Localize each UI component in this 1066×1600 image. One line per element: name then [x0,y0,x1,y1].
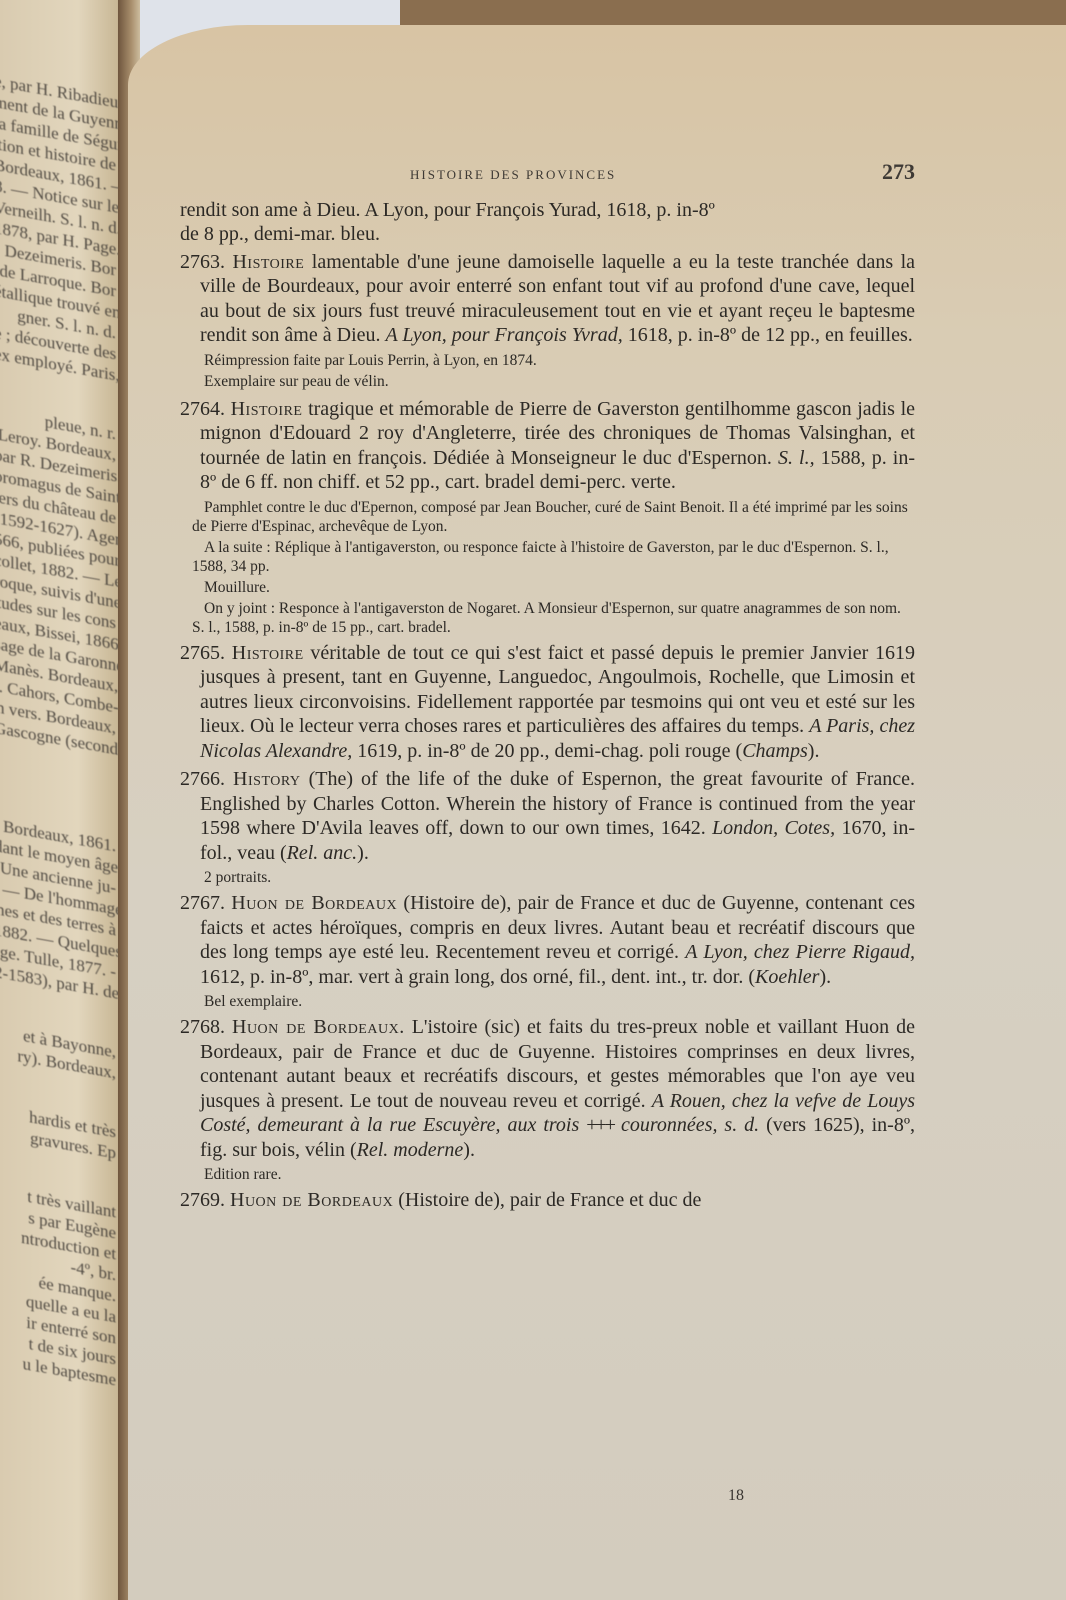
entry-note: On y joint : Responce à l'antigaverston … [180,599,915,637]
entry-2763: 2763. Histoire lamentable d'une jeune da… [180,250,915,348]
entry-note: Pamphlet contre le duc d'Epernon, compos… [180,498,915,536]
entry-binder: Rel. moderne [357,1139,464,1161]
running-head: HISTOIRE DES PROVINCES 273 [180,160,915,188]
entry-number: 2769. [180,1189,225,1211]
right-page: HISTOIRE DES PROVINCES 273 rendit son am… [128,25,1066,1600]
running-title: HISTOIRE DES PROVINCES [410,163,616,188]
entry-title: (Histoire de), pair de France et duc de [398,1189,701,1211]
entry-note: Exemplaire sur peau de vélin. [180,372,915,391]
entry-imprint: S. l., [778,447,815,469]
entry-binder: Rel. anc. [287,842,358,864]
entry-note: Edition rare. [180,1165,915,1184]
entry-number: 2763. [180,251,225,273]
entry-imprint: London, Cotes, [712,817,835,839]
entry-title: véritable de tout ce qui s'est faict et … [200,642,915,738]
page-content: HISTOIRE DES PROVINCES 273 rendit son am… [180,160,915,1216]
entry-collation: 1618, p. in-8º de 12 pp., en feuilles. [628,324,913,346]
entry-number: 2764. [180,398,225,420]
entry-collation: 1612, p. in-8º, mar. vert à grain long, … [200,966,755,988]
entry-binder: Koehler [755,966,819,988]
left-facing-page: e, par H. Ribadieu.ment de la Guyenne,la… [0,0,130,1600]
entry-heading: History [233,768,300,790]
entry-binder: Champs [742,740,808,762]
entry-heading: Huon de Bordeaux. [232,1016,405,1038]
entry-note: Bel exemplaire. [180,992,915,1011]
entry-note: A la suite : Réplique à l'antigaverston,… [180,538,915,576]
entry-2769: 2769. Huon de Bordeaux (Histoire de), pa… [180,1188,915,1213]
entry-number: 2766. [180,768,225,790]
entry-2766: 2766. History (The) of the life of the d… [180,767,915,865]
entry-note: Mouillure. [180,578,915,597]
entry-2765: 2765. Histoire véritable de tout ce qui … [180,641,915,764]
left-page-text: e, par H. Ribadieu.ment de la Guyenne,la… [0,70,130,1394]
entry-imprint-cont: couronnées, s. d. [621,1114,759,1136]
entry-number: 2765. [180,642,225,664]
entry-number: 2768. [180,1016,225,1038]
page-number: 273 [882,160,915,185]
entry-note: 2 portraits. [180,868,915,887]
entry-heading: Histoire [232,642,304,664]
entry-2768: 2768. Huon de Bordeaux. L'istoire (sic) … [180,1015,915,1162]
entry-number: 2767. [180,892,225,914]
entry-imprint: A Lyon, chez Pierre Rigaud, [685,941,915,963]
entry-heading: Huon de Bordeaux [230,1189,393,1211]
entry-heading: Histoire [232,251,304,273]
entry-2764: 2764. Histoire tragique et mémorable de … [180,397,915,495]
entry-collation: 1619, p. in-8º de 20 pp., demi-chag. pol… [357,740,742,762]
crosses-ornament: +++ [586,1114,614,1136]
entry-heading: Histoire [231,398,303,420]
entry-2762-continuation: rendit son ame à Dieu. A Lyon, pour Fran… [180,198,915,247]
signature-mark: 18 [728,1487,744,1505]
entry-note: Réimpression faite par Louis Perrin, à L… [180,351,915,370]
entry-heading: Huon de Bordeaux [231,892,397,914]
entry-imprint: A Lyon, pour François Yvrad, [386,324,623,346]
entry-2767: 2767. Huon de Bordeaux (Histoire de), pa… [180,891,915,989]
